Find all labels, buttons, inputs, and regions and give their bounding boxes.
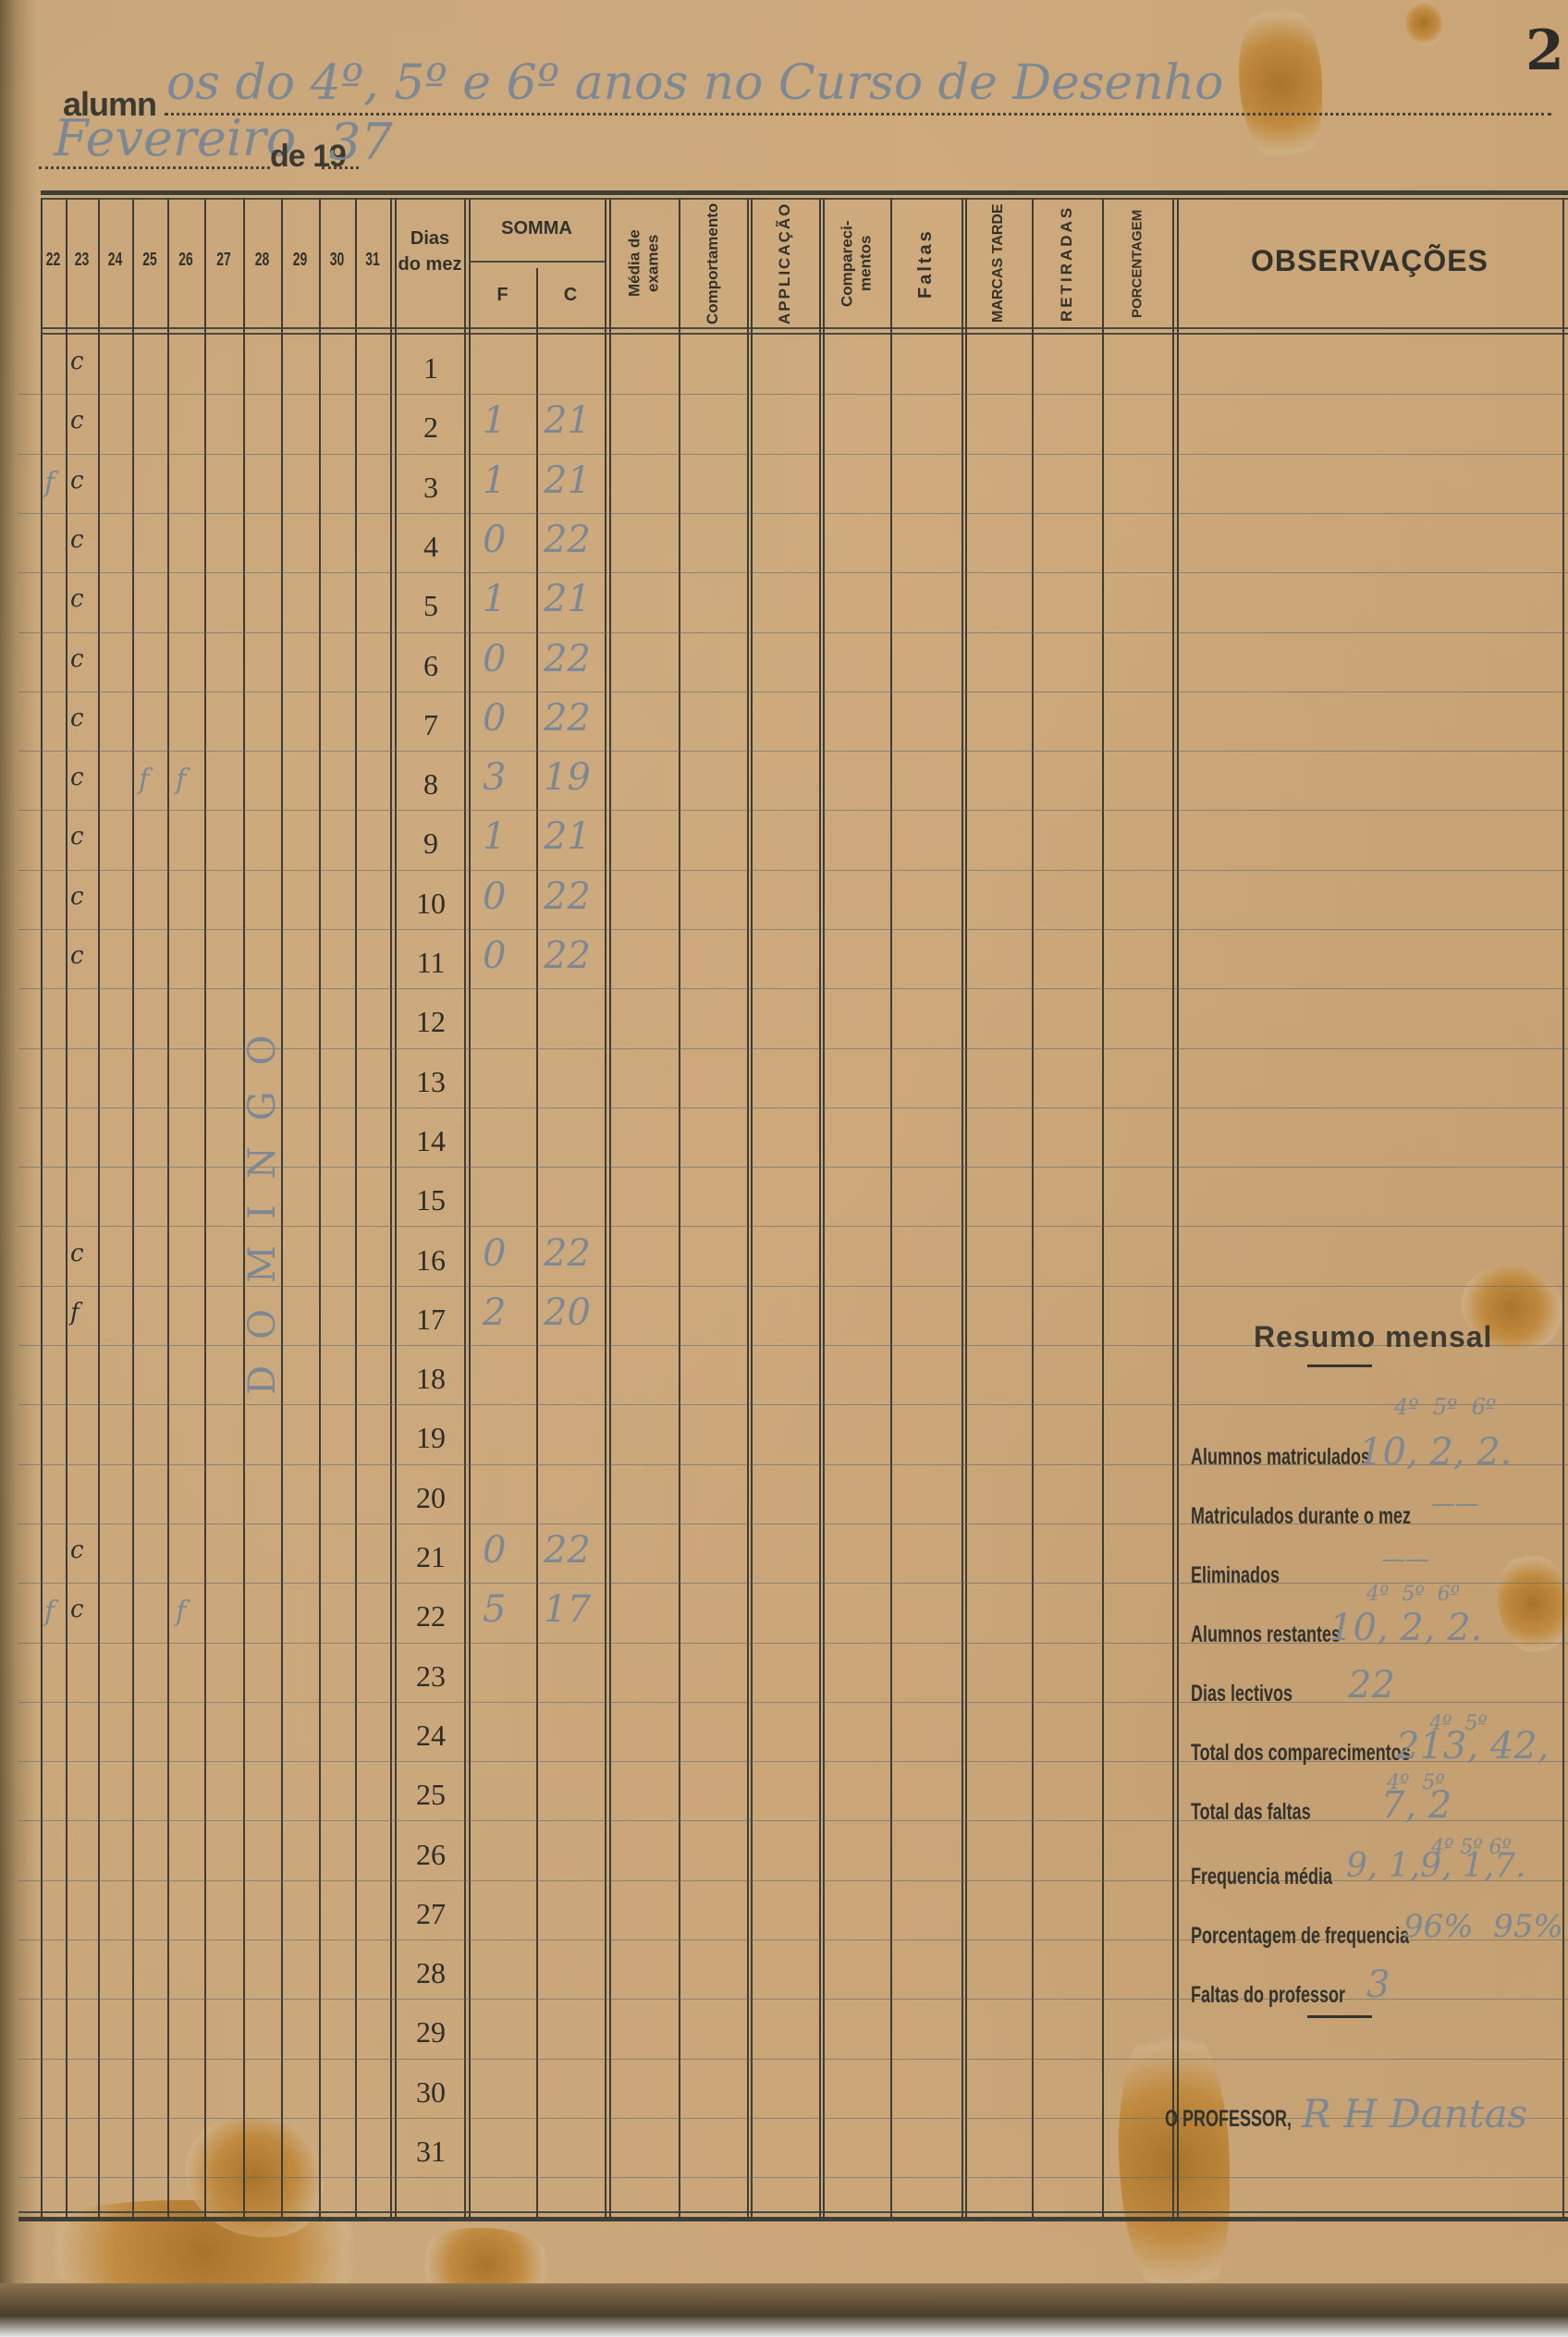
row-divider bbox=[18, 1820, 1568, 1821]
day-of-month: 29 bbox=[398, 2015, 464, 2049]
col-line bbox=[605, 198, 606, 2217]
resumo-value-alumnos-matriculados: 10, 2, 2. bbox=[1359, 1431, 1512, 1474]
col-header-day-22: 22 bbox=[44, 250, 62, 271]
col-line bbox=[1172, 198, 1174, 2217]
col-header-applicacao: APPLICAÇÃO bbox=[751, 200, 819, 327]
col-line bbox=[132, 198, 134, 2217]
attendance-mark: c bbox=[70, 704, 84, 732]
resumo-label-total-faltas: Total das faltas bbox=[1191, 1799, 1311, 1826]
day-of-month: 7 bbox=[398, 708, 464, 742]
col-header-day-23: 23 bbox=[70, 250, 93, 271]
col-line bbox=[819, 198, 821, 2217]
row-divider bbox=[18, 632, 1568, 633]
somma-f-value: 1 bbox=[483, 459, 506, 502]
col-line bbox=[962, 198, 963, 2217]
somma-c-value: 21 bbox=[544, 578, 591, 620]
col-header-somma-c: C bbox=[536, 285, 605, 306]
col-line bbox=[395, 198, 397, 2217]
resumo-label-matriculados-durante: Matriculados durante o mez bbox=[1191, 1503, 1411, 1530]
day-of-month: 11 bbox=[398, 946, 464, 980]
somma-c-value: 22 bbox=[544, 519, 591, 561]
somma-f-value: 0 bbox=[483, 697, 506, 740]
resumo-value-faltas-professor: 3 bbox=[1366, 1964, 1390, 2006]
somma-c-value: 20 bbox=[544, 1291, 591, 1334]
resumo-sup-alumnos-restantes: 4º 5º 6º bbox=[1366, 1583, 1460, 1606]
col-line bbox=[98, 198, 100, 2217]
attendance-mark: c bbox=[70, 764, 84, 791]
col-header-day-31: 31 bbox=[361, 250, 386, 271]
header-bottom-border-2 bbox=[41, 333, 1568, 335]
day-of-month: 9 bbox=[398, 826, 464, 861]
col-line bbox=[747, 198, 749, 2217]
col-header-comportamento: Comportamento bbox=[679, 200, 747, 327]
resumo-label-faltas-professor: Faltas do professor bbox=[1191, 1982, 1345, 2009]
col-header-day-28: 28 bbox=[249, 250, 276, 271]
day-of-month: 26 bbox=[398, 1838, 464, 1872]
somma-c-value: 17 bbox=[544, 1588, 591, 1631]
resumo-label-alumnos-matriculados: Alumnos matriculados bbox=[1191, 1444, 1370, 1471]
col-header-dias-do-mez: Dias do mez bbox=[398, 226, 462, 277]
somma-c-value: 22 bbox=[544, 935, 591, 977]
attendance-mark: c bbox=[70, 1240, 84, 1267]
day-of-month: 4 bbox=[398, 530, 464, 564]
day-of-month: 13 bbox=[398, 1065, 464, 1099]
col-line bbox=[965, 198, 967, 2217]
day-of-month: 24 bbox=[398, 1719, 464, 1753]
col-line bbox=[823, 198, 825, 2217]
col-line bbox=[751, 198, 753, 2217]
somma-c-value: 22 bbox=[544, 875, 591, 918]
resumo-label-dias-lectivos: Dias lectivos bbox=[1191, 1681, 1292, 1707]
col-header-day-27: 27 bbox=[210, 250, 237, 271]
day-of-month: 30 bbox=[398, 2075, 464, 2110]
attendance-mark: c bbox=[70, 526, 84, 554]
row-divider bbox=[18, 513, 1568, 514]
resumo-label-total-comparecimentos: Total dos comparecimentos bbox=[1191, 1740, 1411, 1767]
row-divider bbox=[18, 929, 1568, 930]
attendance-mark: c bbox=[70, 467, 84, 495]
page-number: 2 bbox=[1525, 18, 1564, 83]
attendance-mark: c bbox=[70, 823, 84, 850]
somma-f-value: 5 bbox=[483, 1588, 506, 1631]
resumo-value-matriculados-durante: —— bbox=[1431, 1490, 1479, 1518]
day-of-month: 20 bbox=[398, 1481, 464, 1515]
somma-c-value: 22 bbox=[544, 1232, 591, 1275]
attendance-mark: f bbox=[44, 1596, 55, 1628]
attendance-mark: f bbox=[70, 1299, 80, 1327]
day-of-month: 14 bbox=[398, 1124, 464, 1158]
col-line bbox=[536, 268, 538, 2217]
somma-c-value: 21 bbox=[544, 399, 591, 442]
day-of-month: 27 bbox=[398, 1897, 464, 1931]
resumo-label-eliminados: Eliminados bbox=[1191, 1562, 1280, 1589]
col-header-retiradas: RETIRADAS bbox=[1032, 200, 1102, 327]
row-divider bbox=[18, 1583, 1568, 1584]
attendance-mark: c bbox=[70, 883, 84, 911]
row-divider bbox=[18, 1702, 1568, 1703]
day-of-month: 8 bbox=[398, 767, 464, 801]
col-line bbox=[464, 198, 466, 2217]
resumo-value-dias-lectivos: 22 bbox=[1348, 1664, 1395, 1707]
row-divider bbox=[18, 751, 1568, 752]
somma-c-value: 22 bbox=[544, 638, 591, 680]
row-divider bbox=[18, 454, 1568, 455]
somma-f-value: 0 bbox=[483, 1529, 506, 1572]
attendance-mark: f bbox=[176, 764, 186, 796]
col-header-comparecimentos: Compareci-mentos bbox=[823, 200, 890, 327]
somma-f-value: 1 bbox=[483, 578, 506, 620]
col-header-porcentagem: PORCENTAGEM bbox=[1102, 200, 1172, 327]
row-divider bbox=[18, 691, 1568, 692]
day-of-month: 17 bbox=[398, 1303, 464, 1337]
day-of-month: 12 bbox=[398, 1005, 464, 1039]
somma-c-value: 21 bbox=[544, 815, 591, 858]
day-of-month: 21 bbox=[398, 1540, 464, 1574]
somma-f-value: 3 bbox=[483, 756, 506, 799]
table-top-border bbox=[41, 190, 1568, 195]
col-line bbox=[167, 198, 169, 2217]
signature-label: O PROFESSOR, bbox=[1165, 2106, 1292, 2133]
resumo-label-porcentagem-frequencia: Porcentagem de frequencia bbox=[1191, 1923, 1409, 1950]
resumo-value-total-comparecimentos: 213, 42, bbox=[1396, 1725, 1549, 1768]
header-handwritten-month: Fevereiro bbox=[54, 109, 296, 167]
col-line bbox=[890, 198, 892, 2217]
header-handwritten-year: 37 bbox=[329, 113, 393, 171]
somma-c-value: 19 bbox=[544, 756, 591, 799]
resumo-value-total-faltas: 7, 2 bbox=[1381, 1784, 1452, 1827]
day-of-month: 3 bbox=[398, 471, 464, 505]
row-divider bbox=[18, 870, 1568, 871]
resumo-label-frequencia-media: Frequencia média bbox=[1191, 1864, 1332, 1890]
somma-f-value: 0 bbox=[483, 1232, 506, 1275]
somma-f-value: 1 bbox=[483, 399, 506, 442]
col-header-faltas: Faltas bbox=[890, 200, 962, 327]
attendance-mark: c bbox=[70, 1536, 84, 1564]
attendance-mark: f bbox=[139, 764, 149, 796]
somma-f-value: 1 bbox=[483, 815, 506, 858]
resumo-value-eliminados: —— bbox=[1381, 1546, 1429, 1573]
somma-c-value: 21 bbox=[544, 459, 591, 502]
day-of-month: 5 bbox=[398, 589, 464, 623]
attendance-mark: f bbox=[44, 467, 55, 499]
resumo-label-alumnos-restantes: Alumnos restantes bbox=[1191, 1621, 1341, 1648]
somma-c-value: 22 bbox=[544, 697, 591, 740]
col-line bbox=[1032, 198, 1034, 2217]
attendance-mark: c bbox=[70, 645, 84, 673]
page-bottom-edge bbox=[0, 2283, 1568, 2337]
col-line bbox=[390, 198, 392, 2217]
row-divider bbox=[18, 394, 1568, 395]
table-bottom-border-inner bbox=[18, 2211, 1568, 2213]
somma-divider bbox=[469, 261, 605, 263]
table-bottom-border bbox=[18, 2217, 1568, 2221]
attendance-mark: f bbox=[176, 1596, 186, 1628]
sunday-annotation: DOMINGO bbox=[242, 934, 283, 1470]
col-header-day-30: 30 bbox=[325, 250, 349, 271]
header-bottom-border bbox=[41, 327, 1568, 329]
col-header-day-25: 25 bbox=[138, 250, 163, 271]
day-of-month: 10 bbox=[398, 887, 464, 921]
col-header-somma: SOMMA bbox=[469, 218, 605, 239]
attendance-mark: c bbox=[70, 407, 84, 434]
somma-f-value: 0 bbox=[483, 935, 506, 977]
somma-f-value: 2 bbox=[483, 1291, 506, 1334]
resumo-value-frequencia-media: 9, 1,9, 1,7. bbox=[1346, 1847, 1526, 1885]
col-header-marcas-tarde: MARCAS TARDE bbox=[965, 200, 1032, 327]
col-header-observacoes: OBSERVAÇÕES bbox=[1177, 244, 1562, 278]
day-of-month: 25 bbox=[398, 1778, 464, 1812]
faltas-professor-underline bbox=[1307, 2015, 1372, 2018]
row-divider bbox=[18, 810, 1568, 811]
header-handwritten-class: os do 4º, 5º e 6º anos no Curso de Desen… bbox=[166, 55, 1223, 111]
col-line bbox=[679, 198, 680, 2217]
resumo-value-porcentagem-frequencia: 96% 95% bbox=[1403, 1908, 1563, 1945]
col-header-somma-f: F bbox=[469, 285, 536, 306]
col-line bbox=[41, 198, 43, 2217]
row-divider bbox=[18, 2059, 1568, 2060]
col-line bbox=[1102, 198, 1104, 2217]
col-line bbox=[66, 198, 67, 2217]
col-line bbox=[469, 198, 471, 2217]
somma-f-value: 0 bbox=[483, 875, 506, 918]
resumo-title-underline bbox=[1307, 1364, 1372, 1367]
somma-f-value: 0 bbox=[483, 519, 506, 561]
col-header-day-29: 29 bbox=[287, 250, 313, 271]
attendance-mark: c bbox=[70, 585, 84, 613]
row-divider bbox=[18, 572, 1568, 573]
somma-c-value: 22 bbox=[544, 1529, 591, 1572]
day-of-month: 1 bbox=[398, 351, 464, 385]
attendance-mark: c bbox=[70, 942, 84, 970]
col-header-day-26: 26 bbox=[173, 250, 199, 271]
row-divider bbox=[18, 1880, 1568, 1881]
col-line bbox=[319, 198, 321, 2217]
day-of-month: 18 bbox=[398, 1362, 464, 1396]
day-of-month: 6 bbox=[398, 649, 464, 683]
attendance-mark: c bbox=[70, 348, 84, 375]
resumo-grade-heading: 4º 5º 6º bbox=[1394, 1394, 1496, 1420]
resumo-value-alumnos-restantes: 10, 2, 2. bbox=[1329, 1607, 1482, 1649]
day-of-month: 19 bbox=[398, 1421, 464, 1455]
col-line bbox=[204, 198, 206, 2217]
col-header-day-24: 24 bbox=[104, 250, 128, 271]
day-of-month: 16 bbox=[398, 1243, 464, 1278]
day-of-month: 31 bbox=[398, 2135, 464, 2169]
day-of-month: 15 bbox=[398, 1183, 464, 1217]
day-of-month: 23 bbox=[398, 1659, 464, 1694]
col-header-media-exames: Média de exames bbox=[609, 200, 679, 327]
row-divider bbox=[18, 2177, 1568, 2178]
resumo-title: Resumo mensal bbox=[1254, 1320, 1492, 1354]
col-line bbox=[355, 198, 357, 2217]
attendance-mark: c bbox=[70, 1596, 84, 1623]
day-of-month: 28 bbox=[398, 1956, 464, 1990]
col-line bbox=[1177, 198, 1179, 2217]
day-of-month: 22 bbox=[398, 1599, 464, 1633]
professor-signature: R H Dantas bbox=[1302, 2091, 1527, 2136]
somma-f-value: 0 bbox=[483, 638, 506, 680]
day-of-month: 2 bbox=[398, 410, 464, 445]
col-line bbox=[609, 198, 611, 2217]
